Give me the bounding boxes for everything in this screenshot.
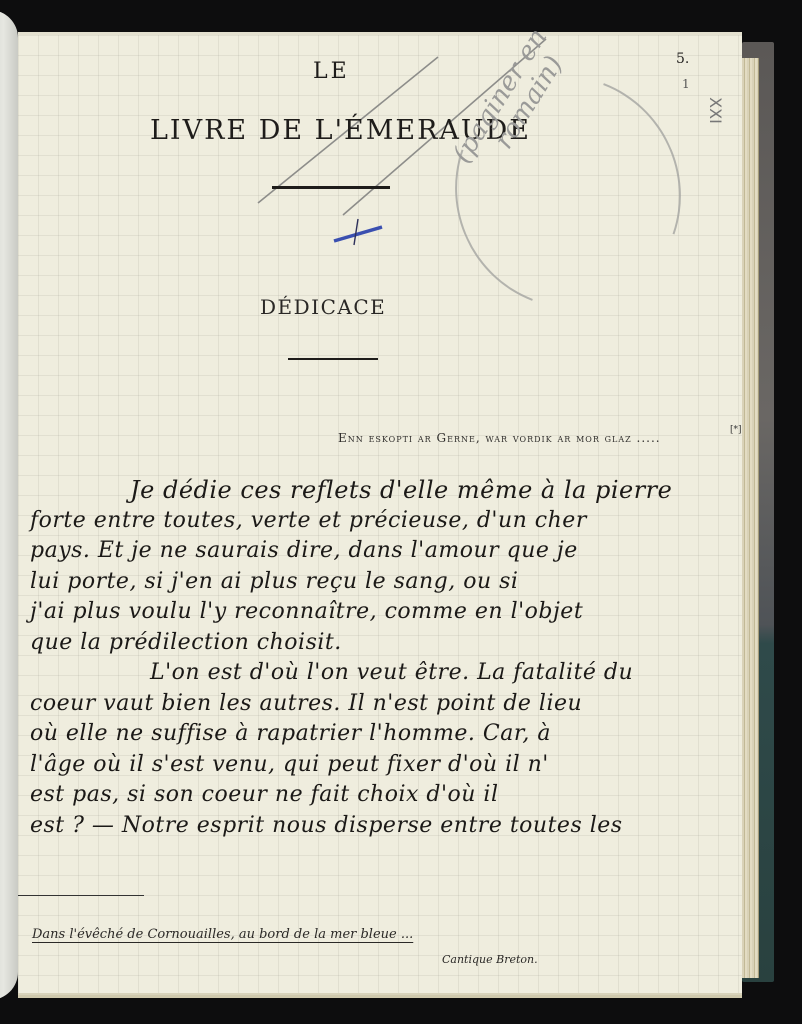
body-line: pays. Et je ne saurais dire, dans l'amou… (30, 536, 730, 567)
page-number: 5. (676, 51, 689, 67)
body-line: coeur vaut bien les autres. Il n'est poi… (30, 689, 730, 720)
body-line: est pas, si son coeur ne fait choix d'où… (30, 780, 730, 811)
body-line: L'on est d'où l'on veut être. La fatalit… (30, 658, 730, 689)
footnote-text: Dans l'évêché de Cornouailles, au bord d… (32, 927, 413, 942)
page-tick-mark: 1 (682, 77, 690, 91)
body-line: lui porte, si j'en ai plus reçu le sang,… (30, 567, 730, 598)
blue-pencil-cross (334, 227, 382, 241)
section-heading: DÉDICACE (260, 295, 386, 319)
manuscript-page: 5. 1 XXI LE LIVRE DE L'ÉMERAUDE (paginer… (18, 32, 742, 993)
footnote-marker: [*] (730, 425, 742, 435)
body-line: que la prédilection choisit. (30, 628, 730, 659)
dedication-body: Je dédie ces reflets d'elle même à la pi… (30, 475, 730, 841)
previous-page-edge (0, 10, 18, 1000)
body-line: Je dédie ces reflets d'elle même à la pi… (30, 475, 730, 506)
title-article: LE (313, 59, 350, 84)
title-underline (272, 186, 390, 189)
footnote-separator (18, 895, 144, 896)
roman-numeral-mark: XXI (706, 97, 725, 124)
body-line: forte entre toutes, verte et précieuse, … (30, 506, 730, 537)
footnote-attribution: Cantique Breton. (442, 953, 538, 966)
epigraph: Enn eskopti ar Gerne, war vordik ar mor … (338, 431, 661, 445)
body-line: j'ai plus voulu l'y reconnaître, comme e… (30, 597, 730, 628)
body-line: l'âge où il s'est venu, qui peut fixer d… (30, 750, 730, 781)
body-line: est ? — Notre esprit nous disperse entre… (30, 811, 730, 842)
body-line: où elle ne suffise à rapatrier l'homme. … (30, 719, 730, 750)
heading-underline (288, 358, 378, 360)
